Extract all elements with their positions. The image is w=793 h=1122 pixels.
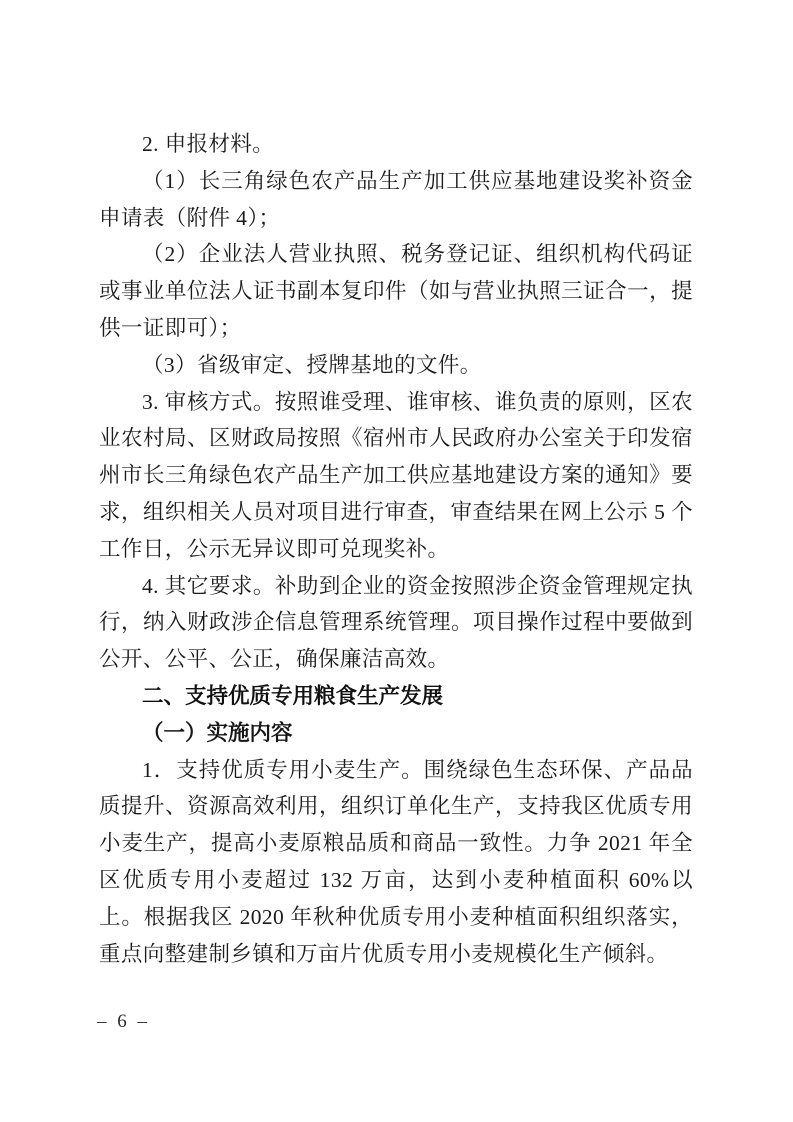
paragraph-application-materials: 2. 申报材料。 — [99, 126, 693, 163]
paragraph-other-requirements: 4. 其它要求。补助到企业的资金按照涉企资金管理规定执行，纳入财政涉企信息管理系… — [99, 568, 693, 678]
paragraph-review-method: 3. 审核方式。按照谁受理、谁审核、谁负责的原则，区农业农村局、区财政局按照《宿… — [99, 384, 693, 568]
paragraph-item-1-application-form: （1）长三角绿色农产品生产加工供应基地建设奖补资金申请表（附件 4）； — [99, 163, 693, 237]
section-heading-grain-production: 二、支持优质专用粮食生产发展 — [99, 678, 693, 715]
paragraph-item-3-provincial-documents: （3）省级审定、授牌基地的文件。 — [99, 347, 693, 384]
document-body: 2. 申报材料。 （1）长三角绿色农产品生产加工供应基地建设奖补资金申请表（附件… — [99, 126, 693, 972]
paragraph-wheat-production-support: 1．支持优质专用小麦生产。围绕绿色生态环保、产品品质提升、资源高效利用，组织订单… — [99, 752, 693, 973]
document-page: 2. 申报材料。 （1）长三角绿色农产品生产加工供应基地建设奖补资金申请表（附件… — [0, 0, 793, 1122]
subsection-heading-implementation-content: （一）实施内容 — [99, 715, 693, 752]
paragraph-item-2-licenses: （2）企业法人营业执照、税务登记证、组织机构代码证或事业单位法人证书副本复印件（… — [99, 236, 693, 346]
page-number: – 6 – — [97, 1010, 150, 1034]
